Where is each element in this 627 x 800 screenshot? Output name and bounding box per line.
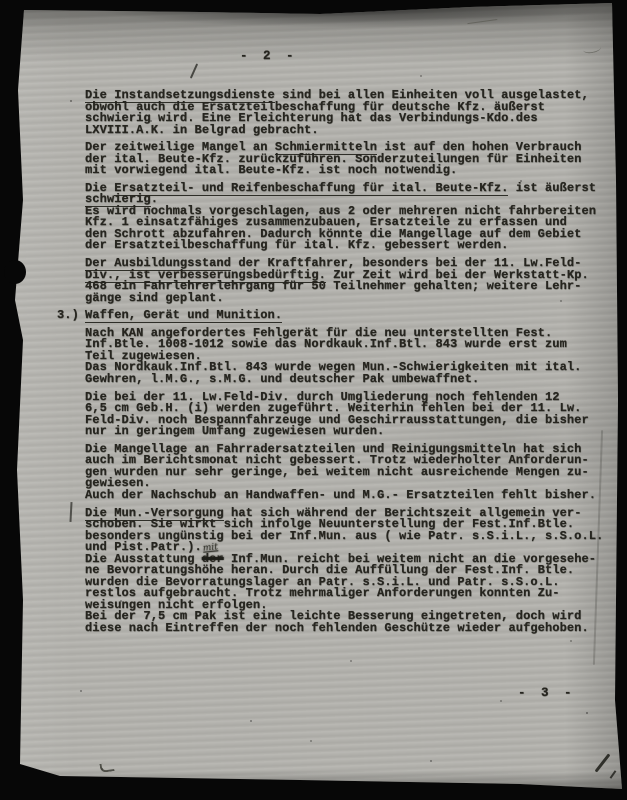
scanned-document-page: - 2 - Die Instandsetzungsdienste sind be…: [0, 0, 627, 800]
handwritten-annotation: mit: [202, 542, 218, 555]
text-line: mit vorwiegend ital. Beute-Kfz. ist noch…: [85, 165, 617, 177]
text-segment: Waffen, Gerät und Munition.: [85, 308, 282, 323]
text-line: nur in geringem Umfang zugewiesen wurden…: [85, 426, 617, 438]
section-number: 3.): [57, 310, 79, 322]
text-segment: gen wurden nur sehr geringe, bei weitem …: [85, 465, 589, 479]
text-line: Auch der Nachschub an Handwaffen- und M.…: [85, 490, 617, 502]
stray-ink-mark: [190, 63, 198, 78]
paragraph: Der zeitweilige Mangel an Schmiermitteln…: [85, 142, 617, 177]
paragraph: Der Ausbildungsstand der Kraftfahrer, be…: [85, 258, 617, 304]
text-segment: der Ersatzteilbeschaffung für ital. Kfz.…: [85, 238, 508, 252]
text-segment: Ersatzteil- und Reifenbeschaffung für it…: [114, 181, 508, 196]
text-segment: Gewhren, l.M.G., s.M.G. und deutscher Pa…: [85, 372, 479, 386]
text-segment: dermit: [202, 552, 224, 566]
text-line: Gewhren, l.M.G., s.M.G. und deutscher Pa…: [85, 374, 617, 386]
document-body: Die Instandsetzungsdienste sind bei alle…: [85, 90, 617, 640]
paragraph: Nach KAN angefordertes Fehlgerät für die…: [85, 328, 617, 386]
section-heading: 3.)Waffen, Gerät und Munition.: [85, 310, 617, 322]
document-paper: - 2 - Die Instandsetzungsdienste sind be…: [0, 0, 627, 800]
text-segment: mit vorwiegend ital. Beute-Kfz. ist noch…: [85, 163, 457, 177]
text-segment: ist äußerst: [508, 181, 596, 195]
text-segment: LXVIII.A.K. in Belgrad gebracht.: [85, 123, 319, 137]
scan-bottom-shadow: [0, 770, 627, 792]
text-segment: gänge sind geplant.: [85, 291, 224, 305]
scan-top-shadow: [0, 0, 627, 64]
text-segment: diese nach Eintreffen der noch fehlenden…: [85, 621, 589, 635]
page-number-top: - 2 -: [240, 49, 298, 63]
text-segment: nur in geringem Umfang zugewiesen wurden…: [85, 424, 384, 438]
text-line: gen wurden nur sehr geringe, bei weitem …: [85, 467, 617, 479]
page-number-bottom: - 3 -: [518, 686, 576, 700]
paragraph: Die Ersatzteil- und Reifenbeschaffung fü…: [85, 183, 617, 252]
text-line: Waffen, Gerät und Munition.: [85, 310, 617, 322]
text-line: Die Ersatzteil- und Reifenbeschaffung fü…: [85, 183, 617, 195]
stray-ink-mark: [99, 762, 114, 773]
paragraph: Die bei der 11. Lw.Feld-Div. durch Umgli…: [85, 392, 617, 438]
paragraph: Die Mangellage an Fahrradersatzteilen un…: [85, 444, 617, 502]
text-segment: Auch der Nachschub an Handwaffen- und M.…: [85, 488, 596, 502]
text-line: gänge sind geplant.: [85, 293, 617, 305]
paragraph: Die Mun.-Versorgung hat sich während der…: [85, 508, 617, 635]
text-line: diese nach Eintreffen der noch fehlenden…: [85, 623, 617, 635]
text-line: LXVIII.A.K. in Belgrad gebracht.: [85, 125, 617, 137]
scan-speckles: [70, 100, 72, 102]
text-line: der Ersatzteilbeschaffung für ital. Kfz.…: [85, 240, 617, 252]
punch-hole: [4, 260, 26, 284]
paragraph: Die Instandsetzungsdienste sind bei alle…: [85, 90, 617, 136]
stray-ink-mark: [69, 502, 72, 522]
